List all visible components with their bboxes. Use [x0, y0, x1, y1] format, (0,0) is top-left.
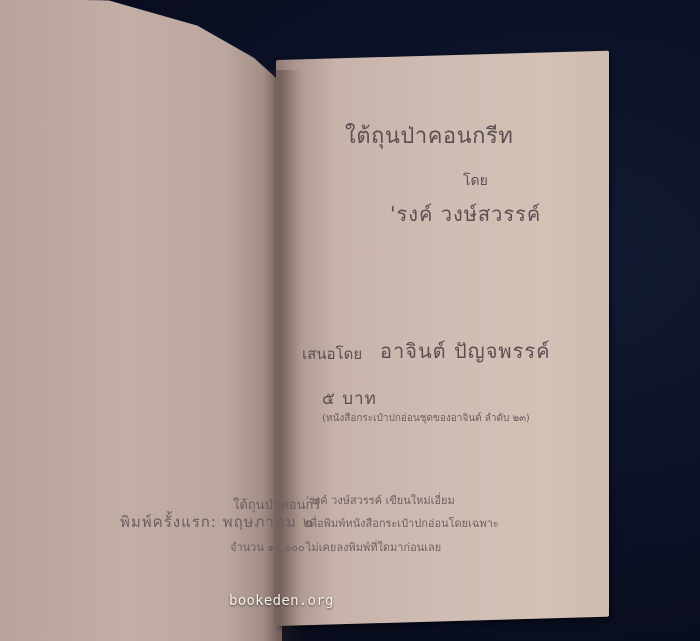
presenter-name: อาจินต์ ปัญจพรรค์	[380, 335, 550, 367]
colophon-line: 'รงค์ วงษ์สวรรค์ เขียนใหม่เอี่ยม	[306, 491, 455, 509]
colophon-line: ไม่เคยลงพิมพ์ที่ใดมาก่อนเลย	[306, 538, 441, 556]
photo-scene: ใต้ถุนป่าคอนกรีท โดย 'รงค์ วงษ์สวรรค์ เส…	[0, 0, 700, 641]
watermark-text: bookeden.org	[229, 593, 334, 609]
price-text: ๕ บาท	[322, 385, 377, 412]
colophon-line: เพื่อพิมพ์หนังสือกระเป๋าปกอ่อนโดยเฉพาะ	[306, 514, 499, 532]
author-name: 'รงค์ วงษ์สวรรค์	[390, 198, 541, 230]
book-title: ใต้ถุนป่าคอนกรีท	[345, 118, 513, 153]
print-quantity-line: จำนวน ๑๐,๐๐๐	[230, 538, 305, 556]
series-note: (หนังสือกระเป๋าปกอ่อนชุดของอาจินต์ ลำดับ…	[322, 411, 530, 426]
first-printing-line: พิมพ์ครั้งแรก: พฤษภาคม ๒	[120, 510, 313, 534]
by-label: โดย	[463, 170, 488, 192]
presented-by-label: เสนอโดย	[302, 342, 362, 366]
